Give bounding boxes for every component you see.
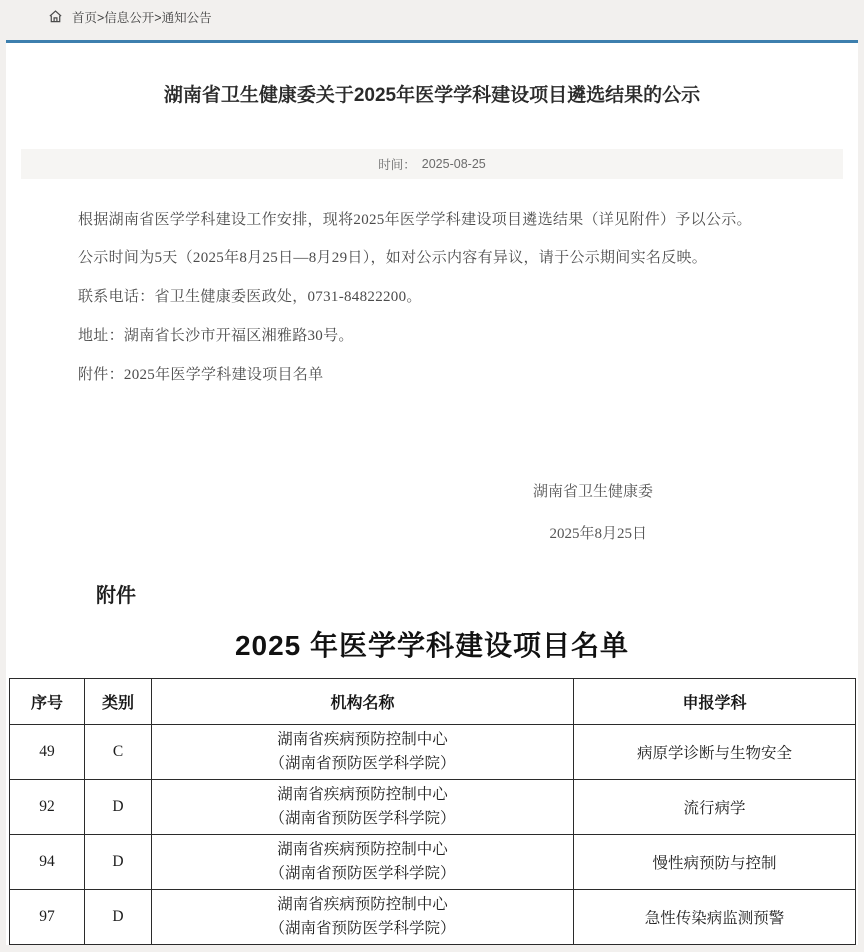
table-body: 49C湖南省疾病预防控制中心（湖南省预防医学科学院）病原学诊断与生物安全92D湖… [10, 725, 856, 945]
cell-subject: 流行病学 [574, 780, 856, 835]
table-header-cell: 机构名称 [152, 679, 574, 725]
attachment-label: 附件 [96, 579, 858, 608]
breadcrumb-bar: 首页>信息公开>通知公告 [0, 0, 864, 33]
cell-subject: 病原学诊断与生物安全 [574, 725, 856, 780]
document-paragraph: 公示时间为5天（2025年8月25日—8月29日），如对公示内容有异议，请于公示… [78, 249, 788, 268]
attachment-title: 2025 年医学学科建设项目名单 [6, 624, 858, 664]
table-row: 92D湖南省疾病预防控制中心（湖南省预防医学科学院）流行病学 [10, 780, 856, 835]
cell-category: D [85, 780, 152, 835]
cell-category: C [85, 725, 152, 780]
organization-line: 湖南省疾病预防控制中心 [152, 893, 573, 917]
table-header-cell: 申报学科 [574, 679, 856, 725]
document-paragraph: 附件：2025年医学学科建设项目名单 [78, 366, 788, 385]
cell-serial-number: 97 [10, 890, 85, 945]
organization-line: （湖南省预防医学科学院） [152, 807, 573, 831]
document-paragraphs: 根据湖南省医学学科建设工作安排，现将2025年医学学科建设项目遴选结果（详见附件… [6, 211, 858, 385]
table-header-cell: 类别 [85, 679, 152, 725]
attachment-section: 附件 2025 年医学学科建设项目名单 序号类别机构名称申报学科 49C湖南省疾… [6, 543, 858, 945]
organization-line: （湖南省预防医学科学院） [152, 862, 573, 886]
table-row: 97D湖南省疾病预防控制中心（湖南省预防医学科学院）急性传染病监测预警 [10, 890, 856, 945]
table-header-cell: 序号 [10, 679, 85, 725]
cell-subject: 慢性病预防与控制 [574, 835, 856, 890]
content-panel: 湖南省卫生健康委关于2025年医学学科建设项目遴选结果的公示 时间： 2025-… [6, 40, 858, 945]
organization-line: （湖南省预防医学科学院） [152, 917, 573, 941]
cell-organization: 湖南省疾病预防控制中心（湖南省预防医学科学院） [152, 725, 574, 780]
cell-serial-number: 49 [10, 725, 85, 780]
organization-line: 湖南省疾病预防控制中心 [152, 783, 573, 807]
home-icon[interactable] [48, 9, 63, 24]
organization-line: （湖南省预防医学科学院） [152, 752, 573, 776]
page-title: 湖南省卫生健康委关于2025年医学学科建设项目遴选结果的公示 [6, 83, 858, 109]
cell-organization: 湖南省疾病预防控制中心（湖南省预防医学科学院） [152, 890, 574, 945]
cell-serial-number: 94 [10, 835, 85, 890]
cell-category: D [85, 890, 152, 945]
cell-subject: 急性传染病监测预警 [574, 890, 856, 945]
notice-document: 湖南省卫生健康委关于2025年医学学科建设项目遴选结果的公示 时间： 2025-… [6, 43, 858, 543]
table-row: 49C湖南省疾病预防控制中心（湖南省预防医学科学院）病原学诊断与生物安全 [10, 725, 856, 780]
table-header-row: 序号类别机构名称申报学科 [10, 679, 856, 725]
cell-organization: 湖南省疾病预防控制中心（湖南省预防医学科学院） [152, 780, 574, 835]
time-value: 2025-08-25 [422, 157, 486, 171]
cell-organization: 湖南省疾病预防控制中心（湖南省预防医学科学院） [152, 835, 574, 890]
cell-category: D [85, 835, 152, 890]
time-label: 时间： [378, 155, 416, 173]
signature-date: 2025年8月25日 [6, 522, 653, 543]
project-table: 序号类别机构名称申报学科 49C湖南省疾病预防控制中心（湖南省预防医学科学院）病… [9, 678, 856, 945]
signature-org: 湖南省卫生健康委 [6, 480, 653, 501]
cell-serial-number: 92 [10, 780, 85, 835]
breadcrumb[interactable]: 首页>信息公开>通知公告 [72, 8, 212, 26]
document-paragraph: 地址：湖南省长沙市开福区湘雅路30号。 [78, 327, 788, 346]
signature-block: 湖南省卫生健康委 2025年8月25日 [6, 480, 858, 543]
organization-line: 湖南省疾病预防控制中心 [152, 838, 573, 862]
organization-line: 湖南省疾病预防控制中心 [152, 728, 573, 752]
document-paragraph: 联系电话：省卫生健康委医政处，0731-84822200。 [78, 288, 788, 307]
publish-time-bar: 时间： 2025-08-25 [21, 149, 843, 179]
table-row: 94D湖南省疾病预防控制中心（湖南省预防医学科学院）慢性病预防与控制 [10, 835, 856, 890]
document-paragraph: 根据湖南省医学学科建设工作安排，现将2025年医学学科建设项目遴选结果（详见附件… [78, 211, 788, 230]
